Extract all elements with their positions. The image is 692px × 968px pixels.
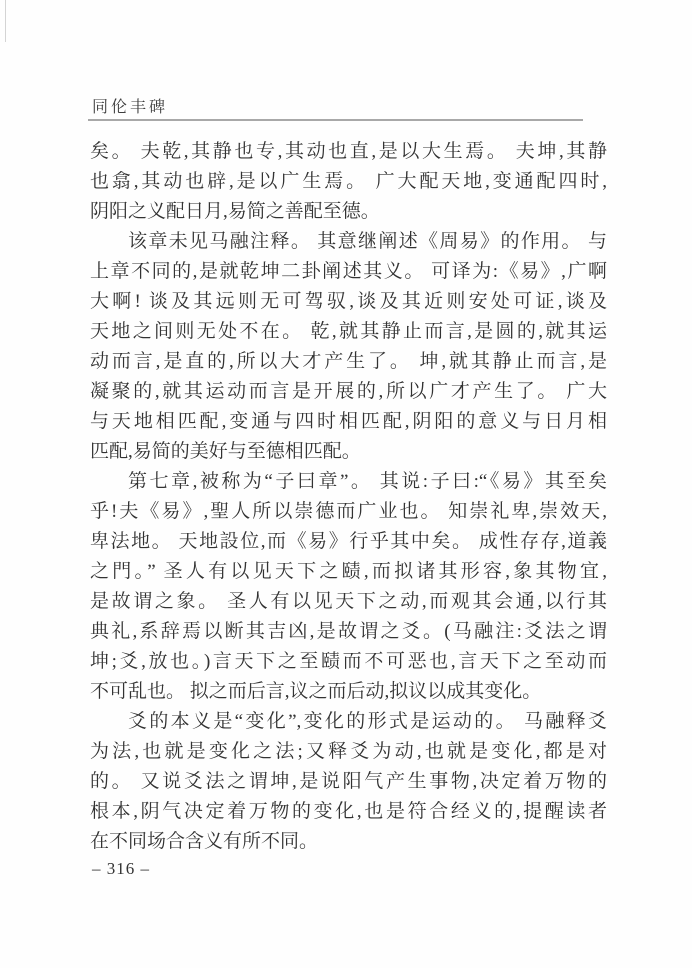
text-line: 大啊! 谈及其远则无可驾驭,谈及其近则安处可证,谈及 <box>90 287 607 317</box>
body-text: 矣。 夫乾,其静也专,其动也直,是以大生焉。 夫坤,其静也翕,其动也辟,是以广生… <box>90 137 607 857</box>
text-line: 动而言,是直的,所以大才产生了。 坤,就其静止而言,是 <box>90 347 607 377</box>
running-header-title: 同伦丰碑 <box>92 94 168 117</box>
text-line: 与天地相匹配,变通与四时相匹配,阴阳的意义与日月相 <box>90 407 607 437</box>
text-line: 该章未见马融注释。 其意继阐述《周易》的作用。 与 <box>90 227 607 257</box>
text-line: 的。 又说爻法之谓坤,是说阳气产生事物,决定着万物的 <box>90 767 607 797</box>
text-line: 为法,也就是变化之法;又释爻为动,也就是变化,都是对 <box>90 737 607 767</box>
text-line: 阴阳之义配日月,易简之善配至德。 <box>90 197 607 227</box>
text-line: 爻的本义是“变化”,变化的形式是运动的。 马融释爻 <box>90 707 607 737</box>
text-line: 也翕,其动也辟,是以广生焉。 广大配天地,变通配四时, <box>90 167 607 197</box>
text-line: 之門。” 圣人有以见天下之赜,而拟诸其形容,象其物宜, <box>90 557 607 587</box>
text-line: 乎!夫《易》,聖人所以崇德而广业也。 知崇礼卑,崇效天, <box>90 497 607 527</box>
text-line: 上章不同的,是就乾坤二卦阐述其义。 可译为:《易》,广啊 <box>90 257 607 287</box>
text-line: 典礼,系辞焉以断其吉凶,是故谓之爻。(马融注:爻法之谓 <box>90 617 607 647</box>
text-line: 天地之间则无处不在。 乾,就其静止而言,是圆的,就其运 <box>90 317 607 347</box>
text-line: 不可乱也。 拟之而后言,议之而后动,拟议以成其变化。 <box>90 677 607 707</box>
book-page: 同伦丰碑 矣。 夫乾,其静也专,其动也直,是以大生焉。 夫坤,其静也翕,其动也辟… <box>0 0 692 968</box>
header-rule <box>88 119 583 121</box>
text-line: 第七章,被称为“子曰章”。 其说:子曰:“《易》其至矣 <box>90 467 607 497</box>
text-line: 根本,阴气决定着万物的变化,也是符合经义的,提醒读者 <box>90 797 607 827</box>
text-line: 是故谓之象。 圣人有以见天下之动,而观其会通,以行其 <box>90 587 607 617</box>
text-line: 卑法地。 天地設位,而《易》行乎其中矣。 成性存存,道義 <box>90 527 607 557</box>
page-number: – 316 – <box>92 859 150 879</box>
text-line: 凝聚的,就其运动而言是开展的,所以广才产生了。 广大 <box>90 377 607 407</box>
scan-edge-artifact <box>5 0 6 42</box>
text-line: 坤;爻,放也。)言天下之至赜而不可恶也,言天下之至动而 <box>90 647 607 677</box>
text-line: 匹配,易简的美好与至德相匹配。 <box>90 437 607 467</box>
text-line: 在不同场合含义有所不同。 <box>90 827 607 857</box>
text-line: 矣。 夫乾,其静也专,其动也直,是以大生焉。 夫坤,其静 <box>90 137 607 167</box>
